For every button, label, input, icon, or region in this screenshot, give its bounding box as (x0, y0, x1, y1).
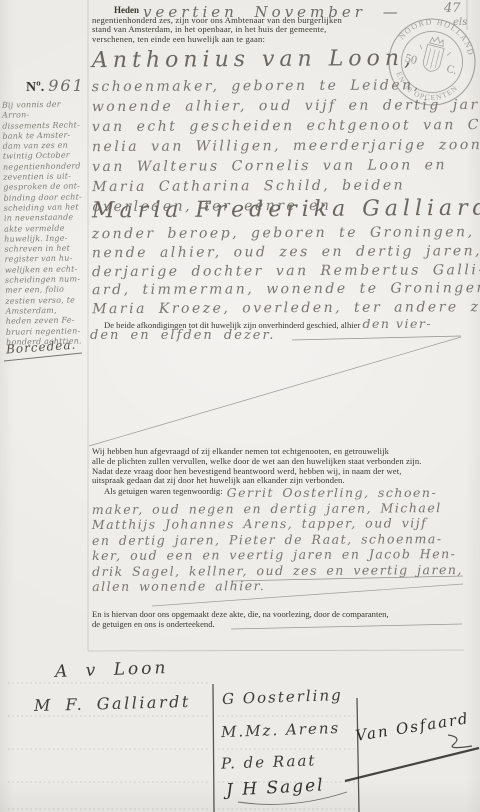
intro-heden-label: Heden (114, 5, 139, 15)
handwritten-line: zonder beroep, geboren te Groningen, wo- (92, 223, 480, 244)
signature-flourish-official (345, 748, 479, 781)
handwritten-line: schoenmaker, geboren te Leiden, (92, 75, 480, 97)
witnesses-intro-line: Als getuigen waren tegenwoordig: Gerrit … (92, 484, 437, 502)
handwritten-line: ker, oud een en veertig jaren en Jacob H… (92, 546, 463, 563)
bride-details: zonder beroep, geboren te Groningen, wo-… (92, 223, 480, 319)
handwritten-line: derjarige dochter van Rembertus Galli- (92, 260, 480, 281)
closing-statement: En is hiervan door ons opgemaakt deze ak… (92, 610, 464, 630)
signature-flourish-official-curl (448, 735, 472, 748)
form-bottom-rule (88, 650, 464, 651)
signature-groom: A v Loon (55, 658, 169, 682)
signature-witness-2: M.Mz. Arens (221, 719, 341, 741)
handwritten-line: drik Sagel, kellner, oud zes en veertig … (92, 562, 463, 579)
handwritten-line: ard, timmerman, wonende te Groningen en (92, 279, 480, 300)
handwritten-line: wonende alhier, oud vijf en dertig jaren… (92, 95, 480, 117)
margin-annotation-line: Bij vonnis der Arron- (2, 99, 86, 121)
groom-name: Anthonius van Loon, (92, 46, 416, 73)
vows-paragraph: Wij hebben hun afgevraagd of zij elkande… (92, 447, 464, 486)
margin-annotation-line: scheiding van het (4, 202, 88, 214)
signature-witness-4: J H Sagel (226, 775, 326, 800)
banns-handwritten-end: den en elfden dezer. (90, 328, 275, 343)
margin-annotation: Bij vonnis der Arron-dissements Recht-ba… (2, 99, 90, 348)
signature-divider-right (357, 698, 359, 812)
handwritten-line: allen wonende alhier. (92, 577, 463, 594)
handwritten-line: van echt gescheiden echtgenoot van Cor- (92, 115, 480, 137)
signature-witness-3: P. de Raat (221, 751, 317, 772)
handwritten-line: nende alhier, oud zes en dertig jaren, m… (92, 242, 480, 263)
signature-bride: M F. Galliardt (34, 692, 191, 715)
handwritten-line: van Walterus Cornelis van Loon en (92, 155, 480, 177)
handwritten-line: Matthijs Johannes Arens, tapper, oud vij… (92, 515, 463, 532)
margin-annotation-line: scheidingen num- (5, 274, 89, 286)
signature-official: Van Osfaard (354, 709, 470, 745)
witnesses-intro-label: Als getuigen waren tegenwoordig: (92, 486, 223, 496)
act-number-value: 961 (48, 76, 85, 95)
strikeout-line-banns-tail (292, 336, 461, 340)
act-number-label: Nº. (26, 80, 44, 95)
signature-divider-left (213, 684, 214, 812)
margin-annotation-line: negentienhonderd (3, 161, 87, 173)
bride-name: Maria Frederika Galliard, (92, 196, 480, 224)
act-number: Nº. 961 (26, 76, 85, 96)
first-witness-handwritten: Gerrit Oosterling, schoen- (227, 485, 438, 500)
intro-paragraph: negentienhonderd zes, zijn voor ons Ambt… (92, 16, 452, 44)
handwritten-line: nelia van Willigen, meerderjarige zoon (92, 135, 480, 157)
handwritten-line: Maria Catharina Schild, beiden (92, 175, 480, 197)
printed-line: de getuigen en ons is onderteekend. (92, 620, 464, 630)
strikeout-line-diagonal-upper (89, 337, 461, 446)
banns-handwritten-start: den vier- (362, 316, 432, 331)
signature-witness-1: G Oosterling (222, 686, 343, 708)
margin-annotation-line: dissements Recht- (2, 120, 86, 132)
witnesses-details: maker, oud negen en dertig jaren, Michae… (92, 500, 463, 594)
printed-line: verschenen, ten einde een huwelijk aan t… (92, 35, 452, 44)
